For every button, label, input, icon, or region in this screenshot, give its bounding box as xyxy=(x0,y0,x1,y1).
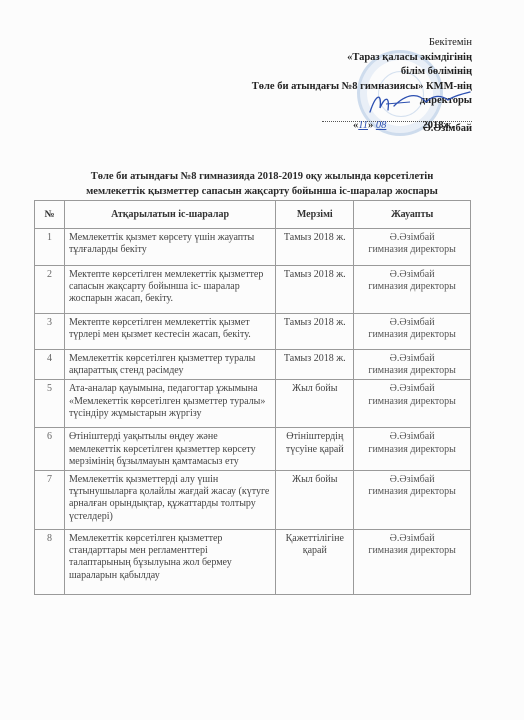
row-responsible: Ә.Әзімбайгимназия директоры xyxy=(354,471,471,530)
responsible-name: Ә.Әзімбай xyxy=(358,383,466,395)
row-responsible: Ә.Әзімбайгимназия директоры xyxy=(354,530,471,595)
approval-org-line1: «Тараз қаласы әкімдігінің xyxy=(152,51,472,66)
header-number: № xyxy=(35,201,65,229)
row-responsible: Ә.Әзімбайгимназия директоры xyxy=(354,314,471,350)
row-term: Жыл бойы xyxy=(276,471,354,530)
responsible-name: Ә.Әзімбай xyxy=(358,431,466,443)
date-year: 2018ж. xyxy=(422,120,453,131)
row-responsible: Ә.Әзімбайгимназия директоры xyxy=(354,380,471,428)
table-header-row: № Атқарылатын іс-шаралар Мерзімі Жауапты xyxy=(35,201,471,229)
responsible-name: Ә.Әзімбай xyxy=(358,232,466,244)
row-activity: Мемлекеттік көрсетілген қызметтер станда… xyxy=(64,530,275,595)
row-number: 6 xyxy=(35,428,65,471)
responsible-name: Ә.Әзімбай xyxy=(358,317,466,329)
row-number: 2 xyxy=(35,266,65,314)
row-number: 8 xyxy=(35,530,65,595)
row-activity: Мемлекеттік қызмет көрсету үшін жауапты … xyxy=(64,229,275,266)
table-row: 2Мектепте көрсетілген мемлекеттік қызмет… xyxy=(35,266,471,314)
row-activity: Мемлекеттік қызметтерді алу үшін тұтынуш… xyxy=(64,471,275,530)
responsible-title: гимназия директоры xyxy=(358,486,466,498)
row-responsible: Ә.Әзімбайгимназия директоры xyxy=(354,229,471,266)
table-row: 6Өтініштерді уақытылы өңдеу және мемлеке… xyxy=(35,428,471,471)
title-line1: Төле би атындағы №8 гимназияда 2018-2019… xyxy=(40,170,484,185)
table-row: 1Мемлекеттік қызмет көрсету үшін жауапты… xyxy=(35,229,471,266)
responsible-title: гимназия директоры xyxy=(358,545,466,557)
row-number: 3 xyxy=(35,314,65,350)
row-term: Қажеттілігіне қарай xyxy=(276,530,354,595)
approval-heading: Бекітемін xyxy=(152,36,472,51)
table-row: 3Мектепте көрсетілген мемлекеттік қызмет… xyxy=(35,314,471,350)
plan-table: № Атқарылатын іс-шаралар Мерзімі Жауапты… xyxy=(34,200,471,595)
responsible-title: гимназия директоры xyxy=(358,244,466,256)
approval-org-line2: білім бөлімінің xyxy=(152,65,472,80)
date-month: 08 xyxy=(376,120,420,131)
row-number: 5 xyxy=(35,380,65,428)
row-term: Өтініштердің түсуіне қарай xyxy=(276,428,354,471)
responsible-title: гимназия директоры xyxy=(358,365,466,377)
row-term: Тамыз 2018 ж. xyxy=(276,350,354,380)
table-row: 5Ата-аналар қауымына, педагогтар ұжымына… xyxy=(35,380,471,428)
title-line2: мемлекеттік қызметтер сапасын жақсарту б… xyxy=(40,185,484,200)
row-activity: Мемлекеттік көрсетілген қызметтер туралы… xyxy=(64,350,275,380)
row-term: Жыл бойы xyxy=(276,380,354,428)
responsible-name: Ә.Әзімбай xyxy=(358,533,466,545)
row-term: Тамыз 2018 ж. xyxy=(276,314,354,350)
row-number: 4 xyxy=(35,350,65,380)
responsible-title: гимназия директоры xyxy=(358,329,466,341)
header-responsible: Жауапты xyxy=(354,201,471,229)
row-number: 1 xyxy=(35,229,65,266)
responsible-title: гимназия директоры xyxy=(358,396,466,408)
row-activity: Мектепте көрсетілген мемлекеттік қызметт… xyxy=(64,266,275,314)
row-responsible: Ә.Әзімбайгимназия директоры xyxy=(354,428,471,471)
header-term: Мерзімі xyxy=(276,201,354,229)
row-number: 7 xyxy=(35,471,65,530)
responsible-name: Ә.Әзімбай xyxy=(358,474,466,486)
document-page: Бекітемін «Тараз қаласы әкімдігінің білі… xyxy=(0,0,524,720)
row-activity: Мектепте көрсетілген мемлекеттік қызмет … xyxy=(64,314,275,350)
table-row: 7Мемлекеттік қызметтерді алу үшін тұтыну… xyxy=(35,471,471,530)
signature-icon xyxy=(366,88,476,116)
header-activity: Атқарылатын іс-шаралар xyxy=(64,201,275,229)
table-row: 8Мемлекеттік көрсетілген қызметтер станд… xyxy=(35,530,471,595)
row-term: Тамыз 2018 ж. xyxy=(276,266,354,314)
document-title: Төле би атындағы №8 гимназияда 2018-2019… xyxy=(40,170,484,199)
row-term: Тамыз 2018 ж. xyxy=(276,229,354,266)
table-row: 4Мемлекеттік көрсетілген қызметтер турал… xyxy=(35,350,471,380)
row-activity: Өтініштерді уақытылы өңдеу және мемлекет… xyxy=(64,428,275,471)
responsible-name: Ә.Әзімбай xyxy=(358,353,466,365)
row-activity: Ата-аналар қауымына, педагогтар ұжымына … xyxy=(64,380,275,428)
date-day: 11 xyxy=(358,120,368,131)
responsible-name: Ә.Әзімбай xyxy=(358,269,466,281)
row-responsible: Ә.Әзімбайгимназия директоры xyxy=(354,350,471,380)
responsible-title: гимназия директоры xyxy=(358,444,466,456)
responsible-title: гимназия директоры xyxy=(358,281,466,293)
approval-date: «11» 08 2018ж. xyxy=(353,120,454,131)
row-responsible: Ә.Әзімбайгимназия директоры xyxy=(354,266,471,314)
